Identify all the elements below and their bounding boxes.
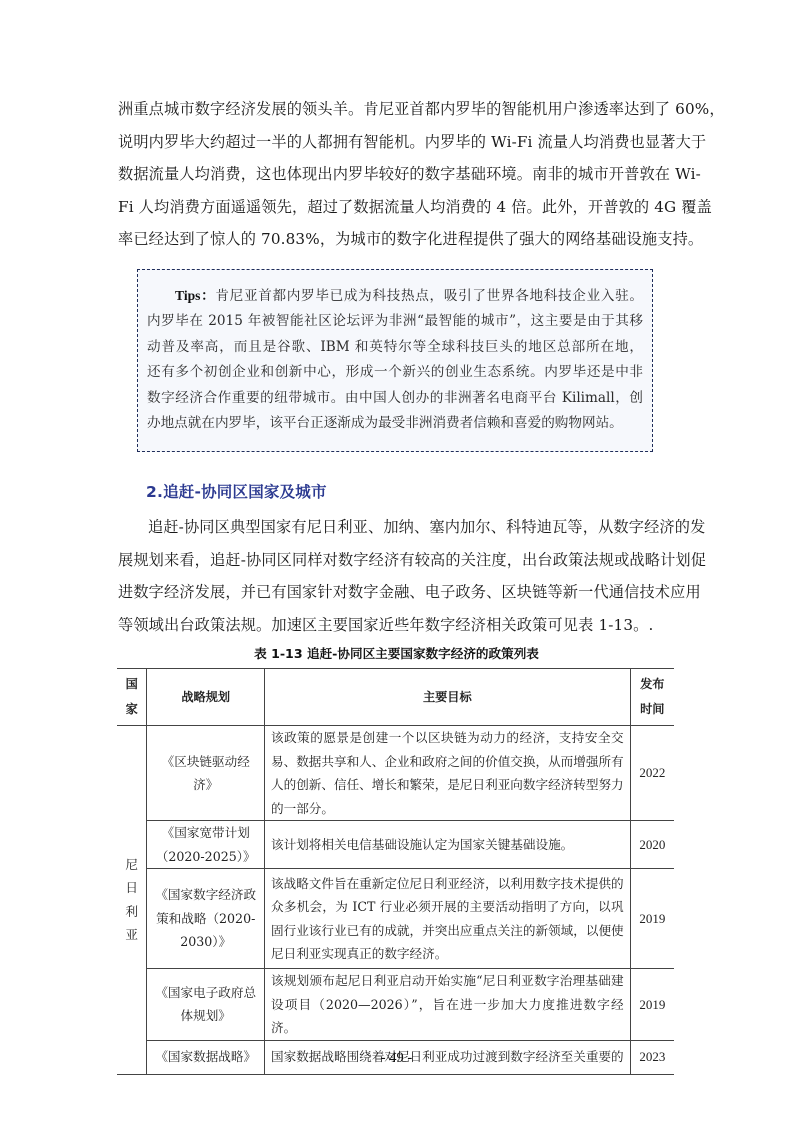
country-cell: 尼 日 利 亚 — [117, 726, 147, 1075]
tips-text: Tips：肯尼亚首都内罗毕已成为科技热点，吸引了世界各地科技企业入驻。 内罗毕在… — [147, 283, 643, 436]
goal-cell: 该规划颁布起尼日利亚启动开始实施“尼日利亚数字治理基础建设项目（2020—202… — [265, 969, 631, 1041]
header-text: 国 — [122, 672, 141, 697]
header-text: 家 — [122, 697, 141, 722]
year-cell: 2019 — [630, 969, 674, 1041]
header-year: 发布 时间 — [630, 669, 674, 726]
text-line: 率已经达到了惊人的 70.83%，为城市的数字化进程提供了强大的网络基础设施支持… — [118, 223, 676, 256]
country-char: 日 — [123, 876, 140, 900]
country-char: 尼 — [123, 853, 140, 877]
text-line: 数据流量人均消费，这也体现出内罗毕较好的数字基础环境。南非的城市开普敦在 Wi- — [118, 158, 676, 191]
year-cell: 2022 — [630, 726, 674, 821]
text-line: Tips：肯尼亚首都内罗毕已成为科技热点，吸引了世界各地科技企业入驻。 — [147, 283, 643, 309]
text-line: 说明内罗毕大约超过一半的人都拥有智能机。内罗毕的 Wi-Fi 流量人均消费也显著… — [118, 126, 676, 159]
table-row: 《国家数字经济政策和战略（2020-2030）》 该战略文件旨在重新定位尼日利亚… — [117, 869, 674, 969]
text-line: 洲重点城市数字经济发展的领头羊。肯尼亚首都内罗毕的智能机用户渗透率达到了 60%… — [118, 93, 676, 126]
header-country: 国 家 — [117, 669, 147, 726]
plan-cell: 《国家电子政府总体规划》 — [147, 969, 265, 1041]
text-line: 还有多个初创企业和创新中心，形成一个新兴的创业生态系统。内罗毕还是中非 — [147, 360, 643, 385]
body-paragraph-2: 追赶-协同区典型国家有尼日利亚、加纳、塞内加尔、科特迪瓦等，从数字经济的发 展规… — [118, 511, 676, 641]
table-caption: 表 1-13 追赶-协同区主要国家数字经济的政策列表 — [0, 643, 793, 662]
text-line: Fi 人均消费方面遥遥领先，超过了数据流量人均消费的 4 倍。此外，开普敦的 4… — [118, 191, 676, 224]
table-row: 《国家宽带计划（2020-2025）》 该计划将相关电信基础设施认定为国家关键基… — [117, 821, 674, 869]
plan-cell: 《国家宽带计划（2020-2025）》 — [147, 821, 265, 869]
plan-cell: 《国家数字经济政策和战略（2020-2030）》 — [147, 869, 265, 969]
table-row: 尼 日 利 亚 《区块链驱动经济》 该政策的愿景是创建一个以区块链为动力的经济，… — [117, 726, 674, 821]
year-cell: 2020 — [630, 821, 674, 869]
tips-label: Tips： — [175, 288, 215, 303]
goal-cell: 该政策的愿景是创建一个以区块链为动力的经济，支持安全交易、数据共享和人、企业和政… — [265, 726, 631, 821]
policy-table: 国 家 战略规划 主要目标 发布 时间 尼 日 利 亚 《区块链驱动经济》 该政… — [117, 668, 674, 1075]
header-text: 发布 — [635, 672, 670, 697]
tips-line-text: 肯尼亚首都内罗毕已成为科技热点，吸引了世界各地科技企业入驻。 — [215, 288, 643, 304]
text-line: 办地点就在内罗毕，该平台正逐渐成为最受非洲消费者信赖和喜爱的购物网站。 — [147, 411, 643, 436]
text-line: 追赶-协同区典型国家有尼日利亚、加纳、塞内加尔、科特迪瓦等，从数字经济的发 — [118, 511, 676, 544]
page-number: - 49 - — [0, 1050, 793, 1067]
header-plan: 战略规划 — [147, 669, 265, 726]
country-char: 利 — [123, 900, 140, 924]
header-goal: 主要目标 — [265, 669, 631, 726]
text-line: 数字经济合作重要的纽带城市。由中国人创办的非洲著名电商平台 Kilimall，创 — [147, 386, 643, 411]
section-heading: 2.追赶-协同区国家及城市 — [146, 480, 327, 502]
tips-box: Tips：肯尼亚首都内罗毕已成为科技热点，吸引了世界各地科技企业入驻。 内罗毕在… — [137, 269, 653, 452]
country-char: 亚 — [123, 923, 140, 947]
year-cell: 2019 — [630, 869, 674, 969]
table-row: 《国家电子政府总体规划》 该规划颁布起尼日利亚启动开始实施“尼日利亚数字治理基础… — [117, 969, 674, 1041]
header-text: 时间 — [635, 697, 670, 722]
text-line: 动普及率高，而且是谷歌、IBM 和英特尔等全球科技巨头的地区总部所在地， — [147, 335, 643, 360]
body-paragraph-1: 洲重点城市数字经济发展的领头羊。肯尼亚首都内罗毕的智能机用户渗透率达到了 60%… — [118, 93, 676, 256]
text-line: 内罗毕在 2015 年被智能社区论坛评为非洲“最智能的城市”，这主要是由于其移 — [147, 309, 643, 334]
text-line: 等领域出台政策法规。加速区主要国家近些年数字经济相关政策可见表 1-13。. — [118, 609, 676, 642]
table-header-row: 国 家 战略规划 主要目标 发布 时间 — [117, 669, 674, 726]
text-line: 进数字经济发展，并已有国家针对数字金融、电子政务、区块链等新一代通信技术应用 — [118, 576, 676, 609]
goal-cell: 该战略文件旨在重新定位尼日利亚经济，以利用数字技术提供的众多机会，为 ICT 行… — [265, 869, 631, 969]
text-line: 展规划来看，追赶-协同区同样对数字经济有较高的关注度，出台政策法规或战略计划促 — [118, 544, 676, 577]
goal-cell: 该计划将相关电信基础设施认定为国家关键基础设施。 — [265, 821, 631, 869]
plan-cell: 《区块链驱动经济》 — [147, 726, 265, 821]
